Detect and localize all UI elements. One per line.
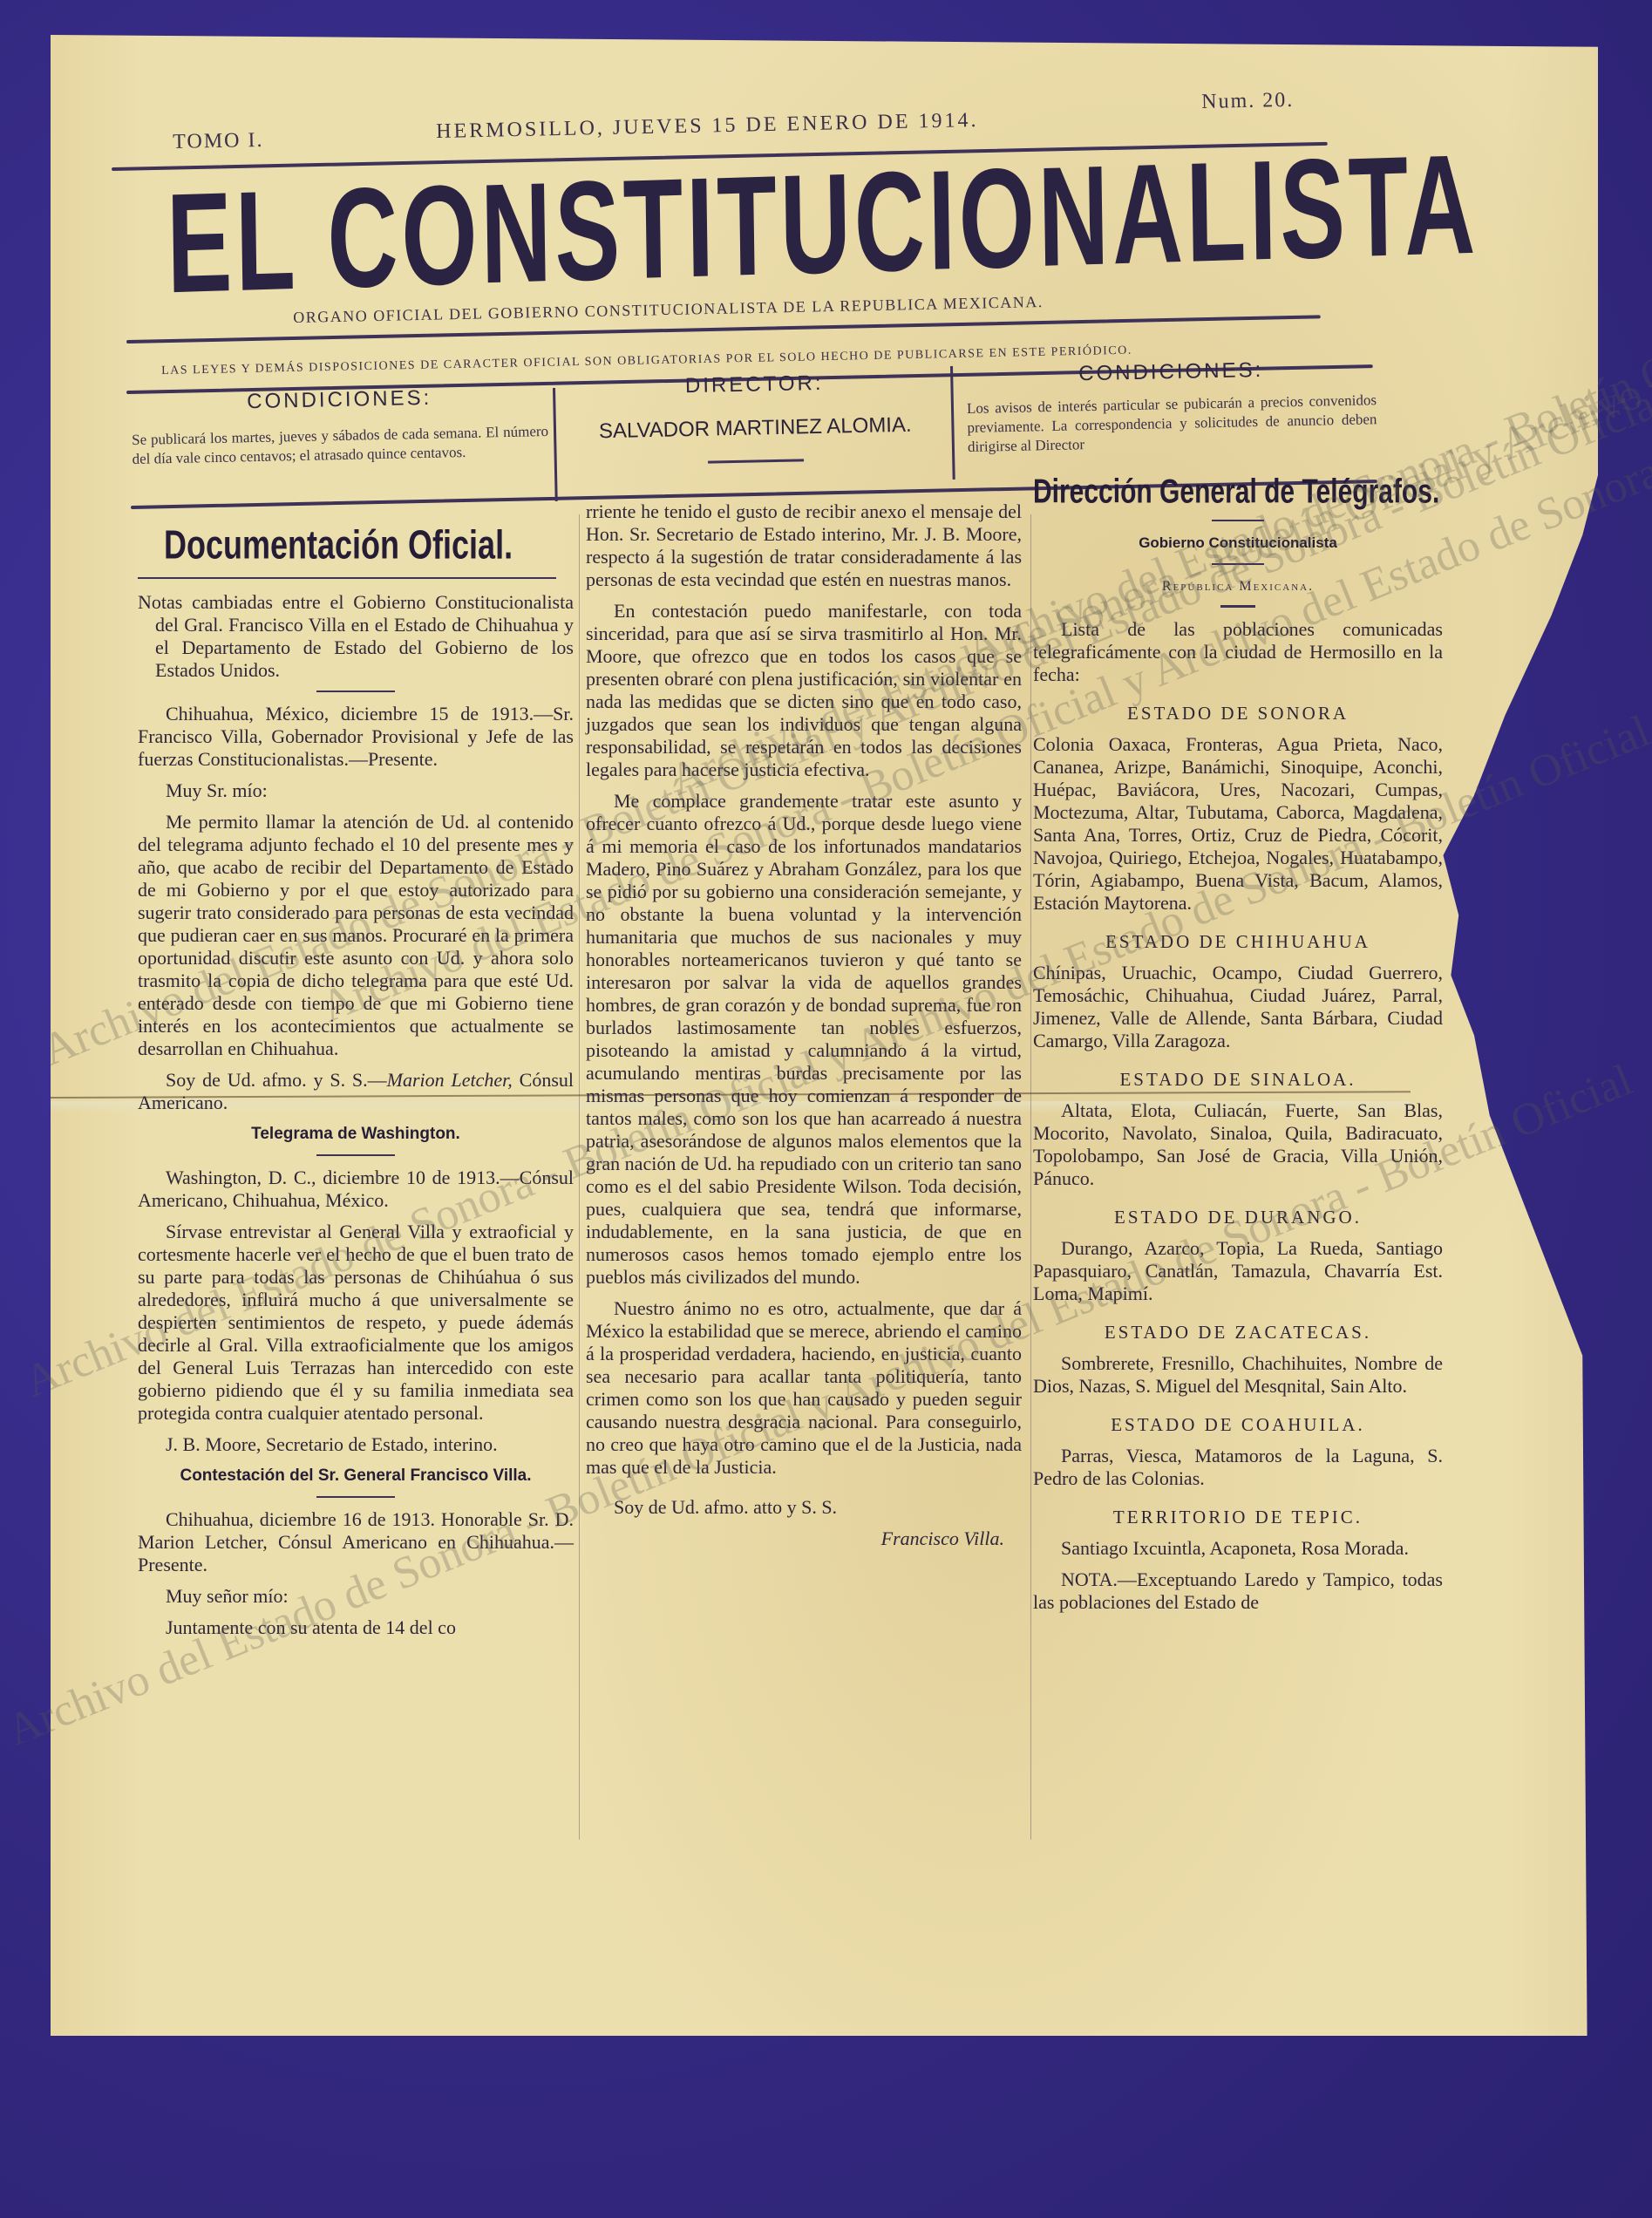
reply-closing: Soy de Ud. afmo. atto y S. S. xyxy=(586,1496,1022,1519)
state-heading-durango: ESTADO DE DURANGO. xyxy=(1033,1206,1443,1228)
issue-number: Num. 20. xyxy=(1201,89,1295,114)
letter1-header: Chihuahua, México, diciembre 15 de 1913.… xyxy=(138,703,574,771)
column-documentacion: Documentación Oficial. Notas cambiadas e… xyxy=(138,521,574,1648)
state-heading-tepic: TERRITORIO DE TEPIC. xyxy=(1033,1506,1443,1528)
telegrafos-note: NOTA.—Exceptuando Laredo y Tampico, toda… xyxy=(1033,1568,1443,1614)
state-heading-coahuila: ESTADO DE COAHUILA. xyxy=(1033,1413,1443,1436)
state-heading-chihuahua: ESTADO DE CHIHUAHUA xyxy=(1033,930,1443,953)
letter1-closing: Soy de Ud. afmo. y S. S.— xyxy=(166,1069,387,1091)
telegrafos-rule-3 xyxy=(1220,605,1255,608)
letter1-closing-line: Soy de Ud. afmo. y S. S.—Marion Letcher,… xyxy=(138,1069,574,1114)
column-telegrafos: Dirección General de Telégrafos. Gobiern… xyxy=(1033,476,1443,1623)
state-towns-durango: Durango, Azarco, Topia, La Rueda, Santia… xyxy=(1033,1237,1443,1305)
intro-paragraph: Notas cambiadas entre el Gobierno Consti… xyxy=(138,591,574,682)
separator-rule xyxy=(316,691,395,692)
section-title-documentacion: Documentación Oficial. xyxy=(164,530,574,560)
state-towns-coahuila: Parras, Viesca, Matamoros de la Laguna, … xyxy=(1033,1445,1443,1490)
director-name: SALVADOR MARTINEZ ALOMIA. xyxy=(568,412,942,445)
state-towns-sinaloa: Altata, Elota, Culiacán, Fuerte, San Bla… xyxy=(1033,1099,1443,1190)
telegrafos-intro: Lista de las poblaciones comunicadas tel… xyxy=(1033,618,1443,686)
continuation-p2: En contestación puedo manifestarle, con … xyxy=(586,600,1022,781)
volume-label: TOMO I. xyxy=(173,129,264,154)
reply-rule xyxy=(316,1496,395,1498)
continuation-p1: rriente he tenido el gusto de recibir an… xyxy=(586,500,1022,591)
title-rule xyxy=(138,577,556,579)
column-continuation: rriente he tenido el gusto de recibir an… xyxy=(586,500,1022,1550)
letter1-signature: Marion Letcher, xyxy=(387,1069,513,1091)
gobierno-subtitle: Gobierno Constitucionalista xyxy=(1033,532,1443,554)
section-title-telegrafos: Dirección General de Telégrafos. xyxy=(1033,478,1443,507)
director-box: DIRECTOR: SALVADOR MARTINEZ ALOMIA. xyxy=(567,369,943,477)
telegram-header: Washington, D. C., diciembre 10 de 1913.… xyxy=(138,1167,574,1212)
conditions-box-right: CONDICIONES: Los avisos de interés parti… xyxy=(966,356,1377,457)
reply-start: Juntamente con su atenta de 14 del co xyxy=(138,1616,574,1639)
telegrafos-rule-2 xyxy=(1212,563,1264,565)
state-towns-zacatecas: Sombrerete, Fresnillo, Chachihuites, Nom… xyxy=(1033,1352,1443,1398)
reply-title: Contestación del Sr. General Francisco V… xyxy=(138,1465,574,1487)
state-heading-zacatecas: ESTADO DE ZACATECAS. xyxy=(1033,1321,1443,1344)
letter1-body: Me permito llamar la atención de Ud. al … xyxy=(138,811,574,1060)
reply-signature: Francisco Villa. xyxy=(586,1527,1004,1550)
column-divider-2 xyxy=(1030,514,1031,1840)
continuation-p4: Nuestro ánimo no es otro, actualmente, q… xyxy=(586,1297,1022,1479)
state-heading-sonora: ESTADO DE SONORA xyxy=(1033,702,1443,725)
telegram-signature: J. B. Moore, Secretario de Estado, inter… xyxy=(138,1433,574,1456)
letter1-salutation: Muy Sr. mío: xyxy=(138,779,574,802)
telegram-rule xyxy=(316,1154,395,1156)
state-towns-tepic: Santiago Ixcuintla, Acaponeta, Rosa Mora… xyxy=(1033,1537,1443,1560)
column-divider-1 xyxy=(579,514,580,1840)
director-rule xyxy=(708,459,804,463)
telegram-body: Sírvase entrevistar al General Villa y e… xyxy=(138,1221,574,1425)
conditions-text-right: Los avisos de interés particular se pubi… xyxy=(967,391,1377,457)
telegrafos-rule-1 xyxy=(1212,520,1264,521)
reply-salutation: Muy señor mío: xyxy=(138,1585,574,1608)
state-towns-chihuahua: Chínipas, Uruachic, Ocampo, Ciudad Guerr… xyxy=(1033,962,1443,1052)
reply-header: Chihuahua, diciembre 16 de 1913. Honorab… xyxy=(138,1508,574,1576)
republica-label: República Mexicana. xyxy=(1033,575,1443,598)
state-heading-sinaloa: ESTADO DE SINALOA. xyxy=(1033,1068,1443,1091)
continuation-p3: Me complace grandemente tratar este asun… xyxy=(586,790,1022,1289)
conditions-box-left: CONDICIONES: Se publicará los martes, ju… xyxy=(131,384,549,469)
state-towns-sonora: Colonia Oaxaca, Fronteras, Agua Prieta, … xyxy=(1033,733,1443,915)
telegram-title: Telegrama de Washington. xyxy=(138,1123,574,1146)
